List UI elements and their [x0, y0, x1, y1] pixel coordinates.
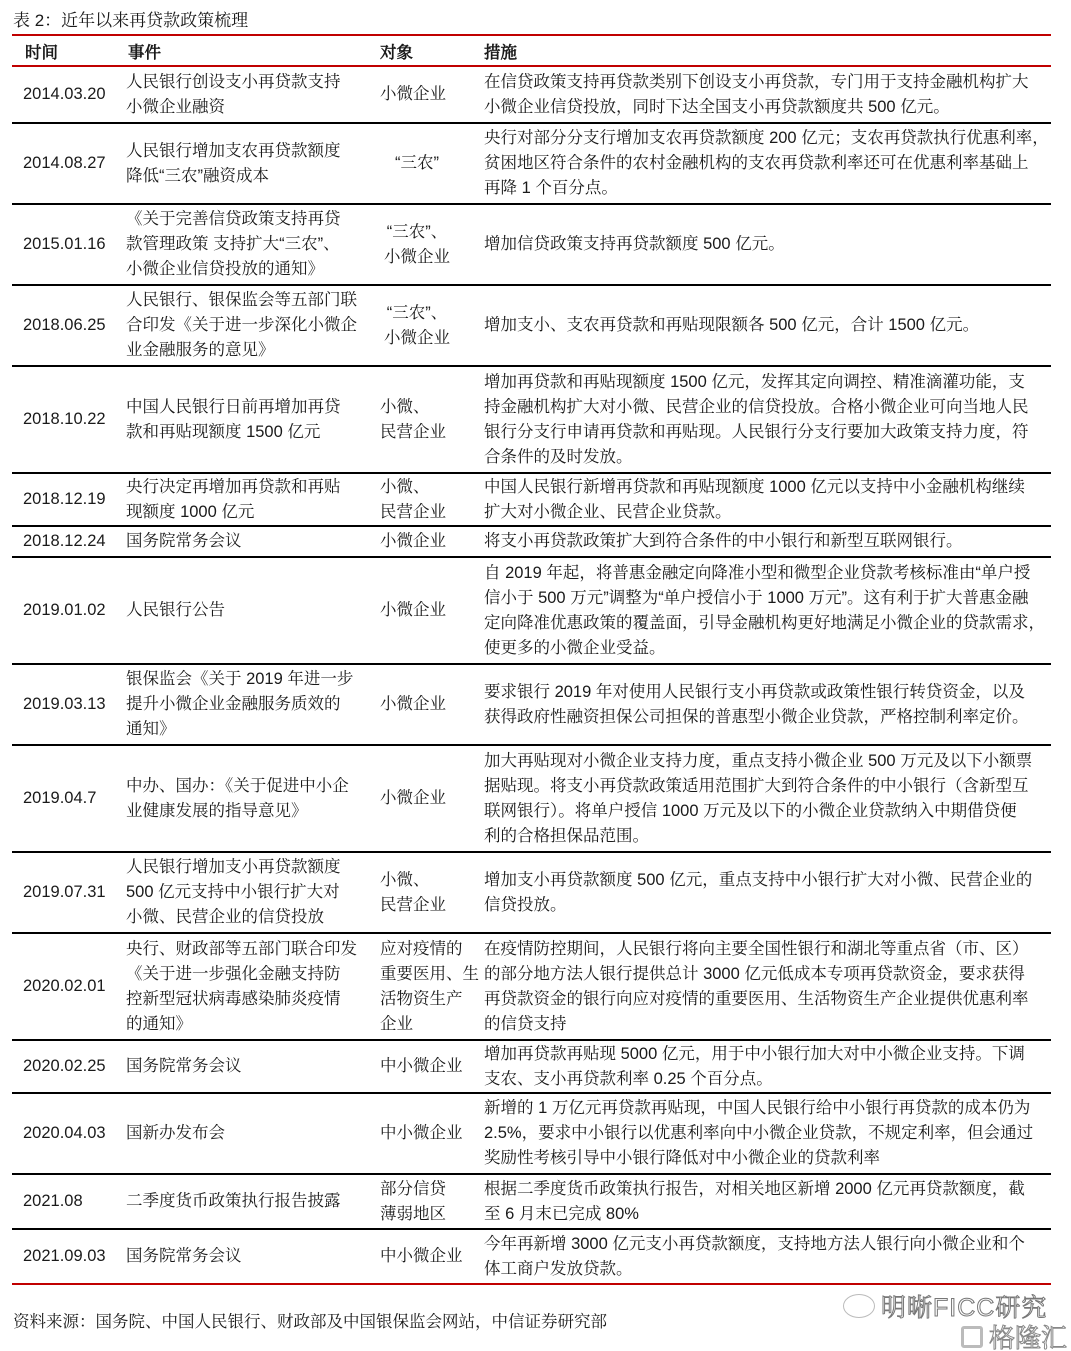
- cell-measure-line: 定向降准优惠政策的覆盖面，引导金融机构更好地满足小微企业的贷款需求，: [484, 611, 1047, 636]
- cell-target-line: 重要医用、生: [380, 962, 472, 987]
- cell-measure-line: 小微企业信贷投放，同时下达全国支小再贷款额度共 500 亿元。: [484, 95, 1047, 120]
- cell-measure-line: 银行分支行申请再贷款和再贴现。人民银行分支行要加大政策支持力度，符: [484, 420, 1047, 445]
- cell-date: 2019.07.31: [12, 880, 119, 905]
- header-target: 对象: [368, 39, 472, 63]
- cell-event-line: 业金融服务的意见》: [126, 338, 368, 363]
- cell-measure-line: 新增的 1 万亿元再贷款再贴现，中国人民银行给中小银行再贷款的成本仍为: [484, 1096, 1047, 1121]
- cell-target-line: 小微企业: [380, 786, 472, 811]
- header-date: 时间: [12, 39, 119, 63]
- cell-event-line: 款管理政策 支持扩大“三农”、: [126, 232, 368, 257]
- cell-measure-line: 自 2019 年起，将普惠金融定向降准小型和微型企业贷款考核标准由“单户授: [484, 561, 1047, 586]
- cell-event: 中办、国办：《关于促进中小企业健康发展的指导意见》: [119, 774, 368, 824]
- cell-date: 2019.01.02: [12, 598, 119, 623]
- watermark: 明晰FICC研究 格隆汇: [843, 1288, 1071, 1348]
- cell-event-line: 小微企业融资: [126, 95, 368, 120]
- watermark-text-2: 格隆汇: [989, 1318, 1067, 1351]
- cell-measure-line: 的部分地方法人银行提供总计 3000 亿元低成本专项再贷款资金，要求获得: [484, 962, 1047, 987]
- cell-measure-line: 增加再贷款再贴现 5000 亿元，用于中小银行加大对中小微企业支持。下调: [484, 1042, 1047, 1067]
- table-row: 2020.02.25国务院常务会议中小微企业增加再贷款再贴现 5000 亿元，用…: [12, 1041, 1051, 1094]
- cell-measure-line: 加大再贴现对小微企业支持力度，重点支持小微企业 500 万元及以下小额票: [484, 749, 1047, 774]
- cell-date: 2018.06.25: [12, 313, 119, 338]
- cell-target-line: 小微企业: [380, 529, 472, 554]
- table-row: 2019.01.02人民银行公告小微企业自 2019 年起，将普惠金融定向降准小…: [12, 558, 1051, 665]
- cell-measure: 增加再贷款和再贴现额度 1500 亿元，发挥其定向调控、精准滴灌功能，支持金融机…: [472, 370, 1051, 470]
- watermark-text-1: 明晰FICC研究: [881, 1288, 1047, 1324]
- cell-measure-line: 利的合格担保品范围。: [484, 824, 1047, 849]
- policy-table: 时间 事件 对象 措施 2014.03.20人民银行创设支小再贷款支持小微企业融…: [12, 34, 1051, 1285]
- table-row: 2019.07.31人民银行增加支小再贷款额度500 亿元支持中小银行扩大对小微…: [12, 853, 1051, 934]
- table-row: 2018.10.22中国人民银行日前再增加再贷款和再贴现额度 1500 亿元小微…: [12, 367, 1051, 474]
- cell-event-line: 现额度 1000 亿元: [126, 500, 368, 525]
- cell-event: 人民银行增加支农再贷款额度降低“三农”融资成本: [119, 139, 368, 189]
- watermark-line2: 格隆汇: [961, 1318, 1067, 1351]
- cell-event-line: 国新办发布会: [126, 1121, 368, 1146]
- cell-measure: 增加再贷款再贴现 5000 亿元，用于中小银行加大对中小微企业支持。下调支农、支…: [472, 1042, 1051, 1092]
- cell-measure-line: 要求银行 2019 年对使用人民银行支小再贷款或政策性银行转贷资金，以及: [484, 680, 1047, 705]
- cell-event: 人民银行公告: [119, 598, 368, 623]
- cell-measure-line: 使更多的小微企业受益。: [484, 636, 1047, 661]
- cell-date: 2014.08.27: [12, 151, 119, 176]
- cell-date: 2018.12.19: [12, 487, 119, 512]
- cell-measure: 在疫情防控期间，人民银行将向主要全国性银行和湖北等重点省（市、区）的部分地方法人…: [472, 937, 1051, 1037]
- table-row: 2020.02.01央行、财政部等五部门联合印发《关于进一步强化金融支持防控新型…: [12, 934, 1051, 1041]
- cell-measure-line: 今年再新增 3000 亿元支小再贷款额度，支持地方法人银行向小微企业和个: [484, 1232, 1047, 1257]
- cell-measure-line: 信贷投放。: [484, 893, 1047, 918]
- cell-event: 中国人民银行日前再增加再贷款和再贴现额度 1500 亿元: [119, 395, 368, 445]
- cell-measure-line: 增加支小再贷款额度 500 亿元，重点支持中小银行扩大对小微、民营企业的: [484, 868, 1047, 893]
- table-row: 2019.04.7中办、国办：《关于促进中小企业健康发展的指导意见》小微企业加大…: [12, 746, 1051, 853]
- cell-event: 《关于完善信贷政策支持再贷款管理政策 支持扩大“三农”、小微企业信贷投放的通知》: [119, 207, 368, 282]
- table-row: 2015.01.16《关于完善信贷政策支持再贷款管理政策 支持扩大“三农”、小微…: [12, 205, 1051, 286]
- watermark-line1: 明晰FICC研究: [843, 1288, 1047, 1324]
- cell-target: 小微、民营企业: [368, 475, 472, 525]
- cell-event-line: 小微、民营企业的信贷投放: [126, 905, 368, 930]
- cell-measure-line: 根据二季度货币政策执行报告，对相关地区新增 2000 亿元再贷款额度，截: [484, 1177, 1047, 1202]
- cell-measure-line: 合条件的及时发放。: [484, 445, 1047, 470]
- cell-event: 央行决定再增加再贷款和再贴现额度 1000 亿元: [119, 475, 368, 525]
- cell-target-line: 小微企业: [368, 245, 466, 270]
- cell-measure-line: 信小于 500 万元”调整为“单户授信小于 1000 万元”。这有利于扩大普惠金…: [484, 586, 1047, 611]
- wechat-icon: [843, 1294, 875, 1318]
- cell-event-line: 二季度货币政策执行报告披露: [126, 1189, 368, 1214]
- cell-measure: 新增的 1 万亿元再贷款再贴现，中国人民银行给中小银行再贷款的成本仍为2.5%，…: [472, 1096, 1051, 1171]
- cell-event-line: 500 亿元支持中小银行扩大对: [126, 880, 368, 905]
- cell-target-line: 活物资生产: [380, 987, 472, 1012]
- cell-target-line: 民营企业: [380, 893, 472, 918]
- cell-target-line: 中小微企业: [380, 1054, 472, 1079]
- cell-measure-line: 在信贷政策支持再贷款类别下创设支小再贷款，专门用于支持金融机构扩大: [484, 70, 1047, 95]
- cell-event-line: 国务院常务会议: [126, 529, 368, 554]
- cell-event-line: 中国人民银行日前再增加再贷: [126, 395, 368, 420]
- table-body: 2014.03.20人民银行创设支小再贷款支持小微企业融资小微企业在信贷政策支持…: [12, 67, 1051, 1285]
- cell-target-line: “三农”、: [368, 220, 466, 245]
- cell-target: 小微、民营企业: [368, 395, 472, 445]
- cell-target-line: 民营企业: [380, 500, 472, 525]
- cell-event-line: 业健康发展的指导意见》: [126, 799, 368, 824]
- cell-target-line: 小微企业: [368, 326, 466, 351]
- cell-event-line: 控新型冠状病毒感染肺炎疫情: [126, 987, 368, 1012]
- cell-target: 小微企业: [368, 786, 472, 811]
- cell-measure-line: 2.5%，要求中小银行以优惠利率向中小微企业贷款，不规定利率，但会通过: [484, 1121, 1047, 1146]
- cell-target: 部分信贷薄弱地区: [368, 1177, 472, 1227]
- cell-measure-line: 至 6 月末已完成 80%: [484, 1202, 1047, 1227]
- cell-event: 国务院常务会议: [119, 1054, 368, 1079]
- cell-measure: 增加信贷政策支持再贷款额度 500 亿元。: [472, 232, 1051, 257]
- cell-event-line: 人民银行、银保监会等五部门联: [126, 288, 368, 313]
- cell-event-line: 合印发《关于进一步深化小微企: [126, 313, 368, 338]
- cell-event-line: 降低“三农”融资成本: [126, 164, 368, 189]
- cell-target-line: 小微、: [380, 868, 472, 893]
- cell-date: 2020.04.03: [12, 1121, 119, 1146]
- cell-target-line: 企业: [380, 1012, 472, 1037]
- cell-event-line: 《关于进一步强化金融支持防: [126, 962, 368, 987]
- header-event: 事件: [119, 39, 368, 63]
- cell-measure: 根据二季度货币政策执行报告，对相关地区新增 2000 亿元再贷款额度，截至 6 …: [472, 1177, 1051, 1227]
- cell-target: 中小微企业: [368, 1121, 472, 1146]
- cell-target: “三农”、小微企业: [368, 301, 472, 351]
- cell-measure: 要求银行 2019 年对使用人民银行支小再贷款或政策性银行转贷资金，以及获得政府…: [472, 680, 1051, 730]
- cell-target: 小微企业: [368, 598, 472, 623]
- table-row: 2019.03.13银保监会《关于 2019 年进一步提升小微企业金融服务质效的…: [12, 665, 1051, 746]
- cell-event: 人民银行创设支小再贷款支持小微企业融资: [119, 70, 368, 120]
- cell-event-line: 人民银行增加支小再贷款额度: [126, 855, 368, 880]
- cell-measure-line: 再贷款资金的银行向应对疫情的重要医用、生活物资生产企业提供优惠利率: [484, 987, 1047, 1012]
- cell-event: 人民银行、银保监会等五部门联合印发《关于进一步深化小微企业金融服务的意见》: [119, 288, 368, 363]
- cell-event-line: 央行、财政部等五部门联合印发: [126, 937, 368, 962]
- cell-measure: 中国人民银行新增再贷款和再贴现额度 1000 亿元以支持中小金融机构继续扩大对小…: [472, 475, 1051, 525]
- cell-target-line: 应对疫情的: [380, 937, 472, 962]
- cell-event-line: 中办、国办：《关于促进中小企: [126, 774, 368, 799]
- cell-target: 中小微企业: [368, 1054, 472, 1079]
- cell-event-line: 人民银行公告: [126, 598, 368, 623]
- cell-measure-line: 再降 1 个百分点。: [484, 176, 1049, 201]
- cell-measure-line: 扩大对小微企业、民营企业贷款。: [484, 500, 1047, 525]
- cell-measure-line: 央行对部分分支行增加支农再贷款额度 200 亿元；支农再贷款执行优惠利率，: [484, 126, 1049, 151]
- cell-measure-line: 增加再贷款和再贴现额度 1500 亿元，发挥其定向调控、精准滴灌功能，支: [484, 370, 1047, 395]
- cell-measure-line: 增加支小、支农再贷款和再贴现限额各 500 亿元，合计 1500 亿元。: [484, 313, 1047, 338]
- header-measure: 措施: [472, 39, 1051, 63]
- cell-measure: 自 2019 年起，将普惠金融定向降准小型和微型企业贷款考核标准由“单户授信小于…: [472, 561, 1051, 661]
- source-note: 资料来源：国务院、中国人民银行、财政部及中国银保监会网站，中信证券研究部: [13, 1311, 607, 1333]
- cell-target: 中小微企业: [368, 1244, 472, 1269]
- table-header: 时间 事件 对象 措施: [12, 36, 1051, 65]
- cell-event: 人民银行增加支小再贷款额度500 亿元支持中小银行扩大对小微、民营企业的信贷投放: [119, 855, 368, 930]
- cell-target-line: 薄弱地区: [380, 1202, 472, 1227]
- cell-target: 小微企业: [368, 529, 472, 554]
- cell-target-line: 部分信贷: [380, 1177, 472, 1202]
- cell-event-line: 的通知》: [126, 1012, 368, 1037]
- cell-target: 小微企业: [368, 692, 472, 717]
- cell-event-line: 银保监会《关于 2019 年进一步: [126, 667, 368, 692]
- cell-date: 2019.03.13: [12, 692, 119, 717]
- cell-event-line: 国务院常务会议: [126, 1244, 368, 1269]
- cell-date: 2014.03.20: [12, 82, 119, 107]
- cell-event-line: 《关于完善信贷政策支持再贷: [126, 207, 368, 232]
- cell-target-line: “三农”、: [368, 301, 466, 326]
- cell-measure: 增加支小、支农再贷款和再贴现限额各 500 亿元，合计 1500 亿元。: [472, 313, 1051, 338]
- cell-event: 国务院常务会议: [119, 1244, 368, 1269]
- cell-target: “三农”、小微企业: [368, 220, 472, 270]
- cell-event-line: 人民银行增加支农再贷款额度: [126, 139, 368, 164]
- cell-date: 2019.04.7: [12, 786, 119, 811]
- cell-date: 2021.09.03: [12, 1244, 119, 1269]
- cell-target-line: 小微、: [380, 395, 472, 420]
- cell-target-line: 中小微企业: [380, 1244, 472, 1269]
- cell-event-line: 通知》: [126, 717, 368, 742]
- cell-measure-line: 支农、支小再贷款利率 0.25 个百分点。: [484, 1067, 1047, 1092]
- cell-event: 银保监会《关于 2019 年进一步提升小微企业金融服务质效的通知》: [119, 667, 368, 742]
- cell-measure: 将支小再贷款政策扩大到符合条件的中小银行和新型互联网银行。: [472, 529, 1051, 554]
- cell-measure: 央行对部分分支行增加支农再贷款额度 200 亿元；支农再贷款执行优惠利率，贫困地…: [472, 126, 1053, 201]
- cell-measure-line: 获得政府性融资担保公司担保的普惠型小微企业贷款，严格控制利率定价。: [484, 705, 1047, 730]
- table-row: 2018.12.19央行决定再增加再贷款和再贴现额度 1000 亿元小微、民营企…: [12, 474, 1051, 527]
- cell-target-line: “三农”: [368, 151, 466, 176]
- cell-target-line: 民营企业: [380, 420, 472, 445]
- cell-date: 2021.08: [12, 1189, 119, 1214]
- cell-event-line: 款和再贴现额度 1500 亿元: [126, 420, 368, 445]
- cell-date: 2018.12.24: [12, 529, 119, 554]
- cell-measure-line: 持金融机构扩大对小微、民营企业的信贷投放。合格小微企业可向当地人民: [484, 395, 1047, 420]
- cell-measure-line: 联网银行）。将单户授信 1000 万元及以下的小微企业贷款纳入中期借贷便: [484, 799, 1047, 824]
- cell-event-line: 人民银行创设支小再贷款支持: [126, 70, 368, 95]
- table-row: 2020.04.03国新办发布会中小微企业新增的 1 万亿元再贷款再贴现，中国人…: [12, 1094, 1051, 1175]
- table-row: 2014.03.20人民银行创设支小再贷款支持小微企业融资小微企业在信贷政策支持…: [12, 67, 1051, 124]
- cell-measure-line: 据贴现。将支小再贷款政策适用范围扩大到符合条件的中小银行（含新型互: [484, 774, 1047, 799]
- cell-event-line: 小微企业信贷投放的通知》: [126, 257, 368, 282]
- cell-measure-line: 的信贷支持: [484, 1012, 1047, 1037]
- cell-target: 小微企业: [368, 82, 472, 107]
- cell-date: 2015.01.16: [12, 232, 119, 257]
- table-row: 2018.12.24国务院常务会议小微企业将支小再贷款政策扩大到符合条件的中小银…: [12, 527, 1051, 558]
- cell-event: 二季度货币政策执行报告披露: [119, 1189, 368, 1214]
- cell-measure-line: 在疫情防控期间，人民银行将向主要全国性银行和湖北等重点省（市、区）: [484, 937, 1047, 962]
- cell-target: 小微、民营企业: [368, 868, 472, 918]
- cell-measure-line: 将支小再贷款政策扩大到符合条件的中小银行和新型互联网银行。: [484, 529, 1047, 554]
- cell-measure-line: 体工商户发放贷款。: [484, 1257, 1047, 1282]
- cell-measure-line: 贫困地区符合条件的农村金融机构的支农再贷款利率还可在优惠利率基础上: [484, 151, 1049, 176]
- gelonghui-logo-icon: [961, 1326, 983, 1348]
- cell-measure-line: 奖励性考核引导中小银行降低对中小微企业的贷款利率: [484, 1146, 1047, 1171]
- cell-target: 应对疫情的重要医用、生活物资生产企业: [368, 937, 472, 1037]
- table-row: 2014.08.27人民银行增加支农再贷款额度降低“三农”融资成本“三农”央行对…: [12, 124, 1051, 205]
- cell-date: 2020.02.01: [12, 974, 119, 999]
- cell-target-line: 小微企业: [380, 692, 472, 717]
- cell-date: 2018.10.22: [12, 407, 119, 432]
- cell-measure: 今年再新增 3000 亿元支小再贷款额度，支持地方法人银行向小微企业和个体工商户…: [472, 1232, 1051, 1282]
- cell-target-line: 小微、: [380, 475, 472, 500]
- cell-date: 2020.02.25: [12, 1054, 119, 1079]
- cell-event-line: 央行决定再增加再贷款和再贴: [126, 475, 368, 500]
- table-row: 2018.06.25人民银行、银保监会等五部门联合印发《关于进一步深化小微企业金…: [12, 286, 1051, 367]
- cell-measure-line: 增加信贷政策支持再贷款额度 500 亿元。: [484, 232, 1047, 257]
- cell-event: 央行、财政部等五部门联合印发《关于进一步强化金融支持防控新型冠状病毒感染肺炎疫情…: [119, 937, 368, 1037]
- cell-target-line: 中小微企业: [380, 1121, 472, 1146]
- table-caption: 表 2：近年以来再贷款政策梳理: [13, 10, 248, 32]
- cell-measure: 加大再贴现对小微企业支持力度，重点支持小微企业 500 万元及以下小额票据贴现。…: [472, 749, 1051, 849]
- cell-event: 国新办发布会: [119, 1121, 368, 1146]
- table-row: 2021.09.03国务院常务会议中小微企业今年再新增 3000 亿元支小再贷款…: [12, 1230, 1051, 1285]
- table-row: 2021.08二季度货币政策执行报告披露部分信贷薄弱地区根据二季度货币政策执行报…: [12, 1175, 1051, 1230]
- cell-measure-line: 中国人民银行新增再贷款和再贴现额度 1000 亿元以支持中小金融机构继续: [484, 475, 1047, 500]
- cell-measure: 增加支小再贷款额度 500 亿元，重点支持中小银行扩大对小微、民营企业的信贷投放…: [472, 868, 1051, 918]
- cell-event-line: 国务院常务会议: [126, 1054, 368, 1079]
- cell-target-line: 小微企业: [380, 82, 472, 107]
- cell-event: 国务院常务会议: [119, 529, 368, 554]
- cell-event-line: 提升小微企业金融服务质效的: [126, 692, 368, 717]
- cell-measure: 在信贷政策支持再贷款类别下创设支小再贷款，专门用于支持金融机构扩大小微企业信贷投…: [472, 70, 1051, 120]
- cell-target-line: 小微企业: [380, 598, 472, 623]
- cell-target: “三农”: [368, 151, 472, 176]
